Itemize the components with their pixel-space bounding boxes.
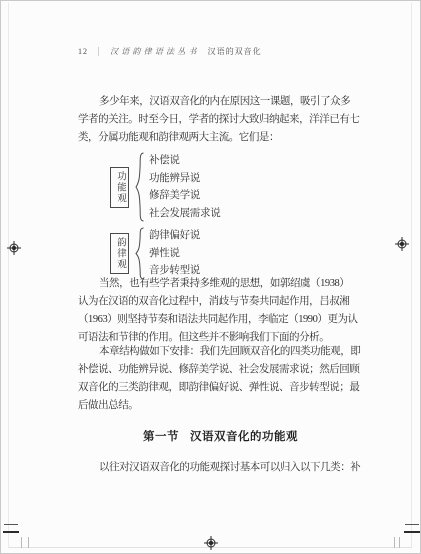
section-title: 汉语双音化的功能观 xyxy=(190,431,298,443)
text-line: 多少年来，汉语双音化的内在原因这一课题，吸引了众多 xyxy=(78,93,363,111)
theory-item: 韵律偏好说 xyxy=(149,227,200,245)
group-box-label: 韵律观 xyxy=(110,233,129,274)
crop-mark xyxy=(28,537,29,548)
book-title: 汉语的双音化 xyxy=(208,46,262,57)
paragraph-4: 以往对汉语双音化的功能观探讨基本可以归入以下几类：补 xyxy=(78,459,363,477)
theory-list: 补偿说 功能辨异说 修辞美学说 社会发展需求说 xyxy=(149,152,220,222)
header-separator: ｜ xyxy=(94,45,103,58)
theory-item: 补偿说 xyxy=(149,152,220,170)
book-page: 12 ｜ 汉语韵律语法丛书 汉语的双音化 多少年来，汉语双音化的内在原因这一课题… xyxy=(0,0,421,554)
paragraph-2: 当然，也有些学者秉持多维观的思想，如郭绍虞（1938） 认为在汉语的双音化过程中… xyxy=(78,275,363,347)
paragraph-3: 本章结构做如下安排：我们先回顾双音化的四类功能观，即 补偿说、功能辨异说、修辞美… xyxy=(78,343,363,415)
series-title: 汉语韵律语法丛书 xyxy=(110,46,200,57)
classification-diagram: 功能观 补偿说 功能辨异说 修辞美学说 社会发展需求说 韵律观 韵律偏好说 弹性… xyxy=(110,152,220,280)
crop-mark xyxy=(405,524,419,525)
theory-item: 功能辨异说 xyxy=(149,170,220,188)
text-line: 本章结构做如下安排：我们先回顾双音化的四类功能观，即 xyxy=(78,343,363,361)
theory-item: 弹性说 xyxy=(149,245,200,263)
left-brace-icon xyxy=(135,152,144,222)
section-number: 第一节 xyxy=(143,431,179,443)
text-line: 认为在汉语的双音化过程中，消歧与节奏共同起作用，吕叔湘 xyxy=(78,293,363,311)
theory-item: 社会发展需求说 xyxy=(149,205,220,223)
theory-item: 修辞美学说 xyxy=(149,187,220,205)
crop-mark xyxy=(394,537,395,548)
text-line: 补偿说、功能辨异说、修辞美学说、社会发展需求说；然后回顾 xyxy=(78,361,363,379)
text-line: 类，分属功能观和韵律观两大主流。它们是： xyxy=(78,129,363,147)
text-line: 双音化的三类韵律观，即韵律偏好说、弹性说、音步转型说；最 xyxy=(78,379,363,397)
registration-crosshair-icon xyxy=(204,536,218,550)
theory-list: 韵律偏好说 弹性说 音步转型说 xyxy=(149,227,200,280)
registration-crosshair-icon xyxy=(7,241,21,255)
text-line: 学者的关注。时至今日，学者的探讨大致归纳起来，洋洋已有七 xyxy=(78,111,363,129)
text-line: 以往对汉语双音化的功能观探讨基本可以归入以下几类：补 xyxy=(78,459,363,477)
crop-mark xyxy=(404,531,420,533)
paragraph-1: 多少年来，汉语双音化的内在原因这一课题，吸引了众多 学者的关注。时至今日，学者的… xyxy=(78,93,363,147)
diagram-group-prosodic: 韵律观 韵律偏好说 弹性说 音步转型说 xyxy=(110,227,220,280)
registration-crosshair-icon xyxy=(395,237,409,251)
crop-mark xyxy=(4,524,18,525)
group-box-label: 功能观 xyxy=(110,167,129,208)
text-line: 后做出总结。 xyxy=(78,397,363,415)
running-header: 12 ｜ 汉语韵律语法丛书 汉语的双音化 xyxy=(78,45,262,58)
text-line: （1963）则坚持节奏和语法共同起作用，李临定（1990）更为认 xyxy=(78,311,363,329)
crop-mark xyxy=(399,537,400,548)
diagram-group-functional: 功能观 补偿说 功能辨异说 修辞美学说 社会发展需求说 xyxy=(110,152,220,222)
section-heading: 第一节汉语双音化的功能观 xyxy=(78,428,363,444)
crop-mark xyxy=(21,537,22,548)
crop-mark xyxy=(3,531,19,533)
page-number: 12 xyxy=(78,47,88,56)
text-line: 当然，也有些学者秉持多维观的思想，如郭绍虞（1938） xyxy=(78,275,363,293)
left-brace-icon xyxy=(135,227,144,280)
